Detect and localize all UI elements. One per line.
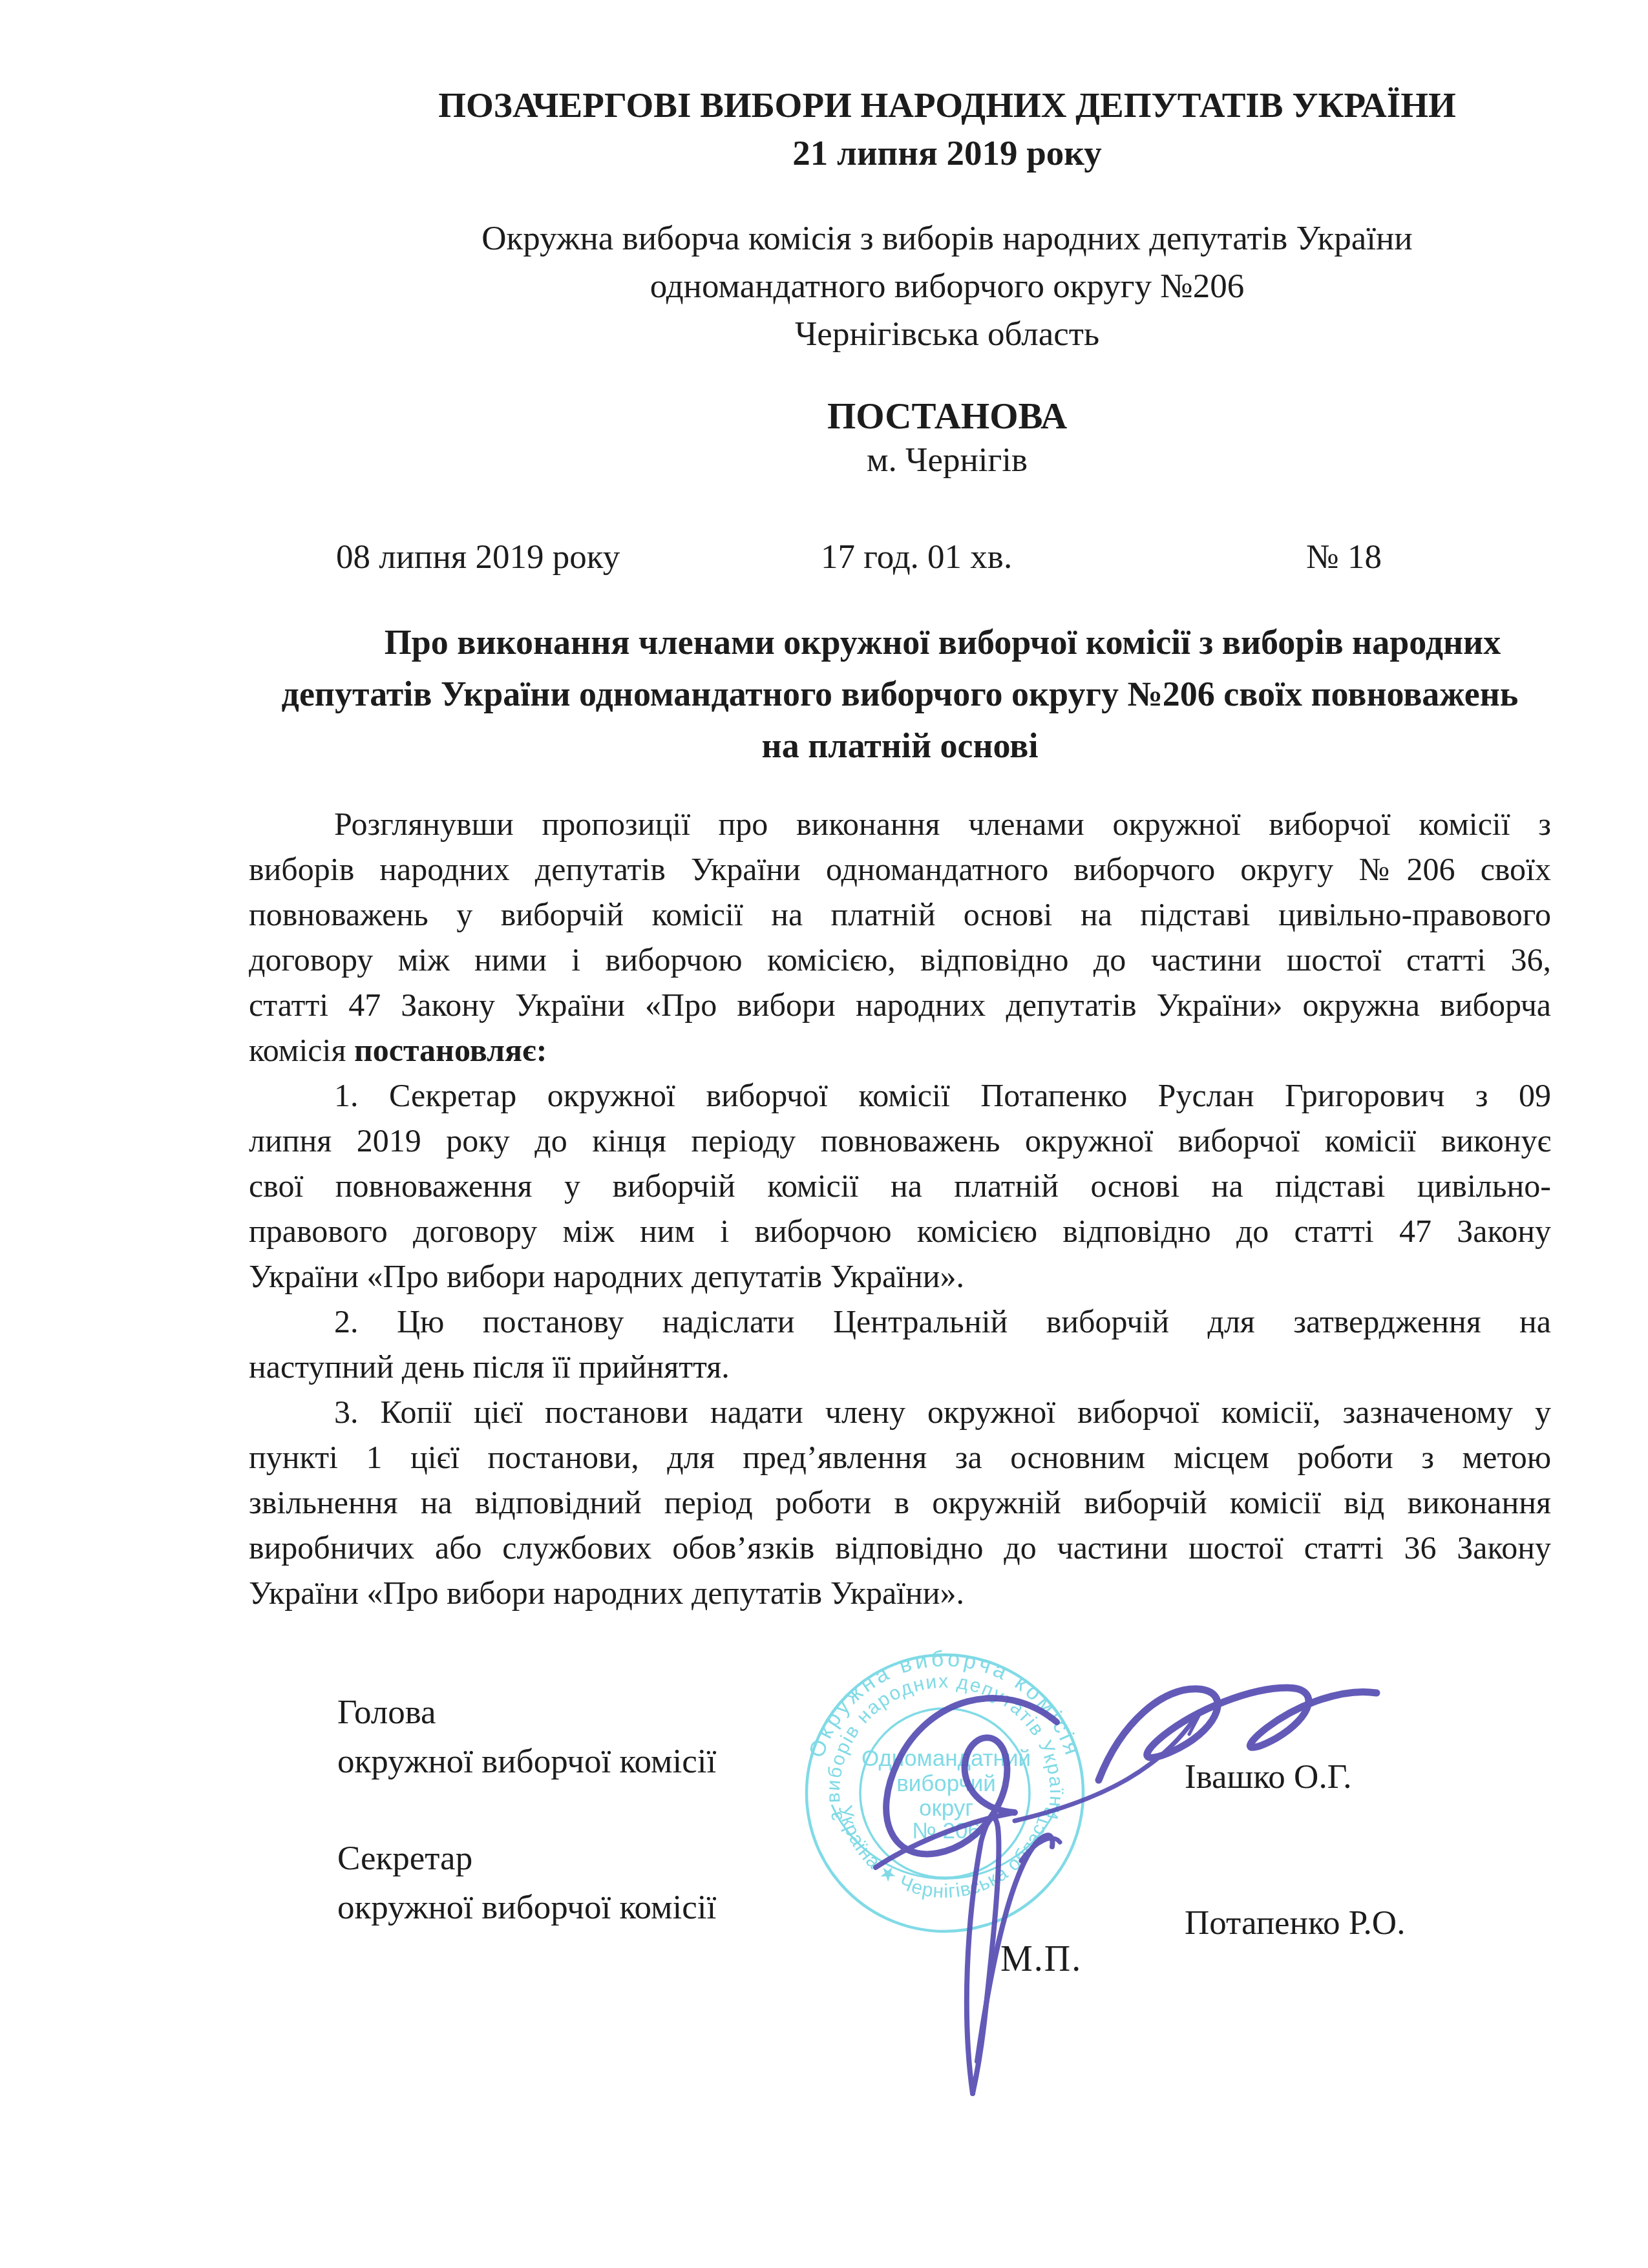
text-line: виборів народних депутатів України одном… [249,846,1551,892]
secretary-role-line1: Секретар [337,1834,716,1883]
chairman-role-line2: окружної виборчої комісії [337,1737,716,1786]
subject-heading: Про виконання членами окружної виборчої … [249,616,1551,772]
document-number: № 18 [1306,538,1382,576]
chairman-signature-ink [876,1688,1377,1867]
text-line: 1. Секретар окружної виборчої комісії По… [249,1073,1551,1118]
text-line: 2. Цю постанову надіслати Центральній ви… [249,1299,1551,1344]
text-line: статті 47 Закону України «Про вибори нар… [249,982,1551,1027]
document-time: 17 год. 01 хв. [821,538,1012,576]
commission-name-line1: Окружна виборча комісія з виборів народн… [296,215,1598,262]
intro-paragraph: Розглянувши пропозиції про виконання чле… [249,801,1551,1073]
commission-name-line2: одномандатного виборчого округу №206 [296,262,1598,310]
secretary-role-line2: окружної виборчої комісії [337,1883,716,1932]
commission-region-line: Чернігівська область [296,310,1598,358]
text-line: свої повноваження у виборчій комісії на … [249,1163,1551,1208]
text-line: повноважень у виборчій комісії на платні… [249,892,1551,937]
text-line: наступний день після її прийняття. [249,1344,1551,1389]
commission-name: Окружна виборча комісія з виборів народн… [296,215,1598,358]
resolves-line: комісія постановляє: [249,1027,1551,1073]
chairman-role-line1: Голова [337,1688,716,1737]
text-line: договору між ними і виборчою комісією, в… [249,937,1551,982]
election-title-line1: ПОЗАЧЕРГОВІ ВИБОРИ НАРОДНИХ ДЕПУТАТІВ УК… [296,81,1598,129]
subject-line: депутатів України одномандатного виборчо… [249,668,1551,720]
item-2-paragraph: 2. Цю постанову надіслати Центральній ви… [249,1299,1551,1389]
chairman-role: Голова окружної виборчої комісії [337,1688,716,1786]
text-line: правового договору між ним і виборчою ко… [249,1208,1551,1254]
text-line: звільнення на відповідний період роботи … [249,1480,1551,1525]
scanned-resolution-page: ПОЗАЧЕРГОВІ ВИБОРИ НАРОДНИХ ДЕПУТАТІВ УК… [0,0,1648,2268]
text-line: липня 2019 року до кінця періоду повнова… [249,1118,1551,1163]
text-line: виробничих або службових обов’язків відп… [249,1525,1551,1570]
text-line: пункті 1 цієї постанови, для пред’явленн… [249,1434,1551,1480]
resolves-line-regular: комісія [249,1032,354,1068]
text-line: України «Про вибори народних депутатів У… [249,1570,1551,1615]
handwritten-signatures [827,1648,1603,2113]
text-line: Розглянувши пропозиції про виконання чле… [249,801,1551,846]
item-1-paragraph: 1. Секретар окружної виборчої комісії По… [249,1073,1551,1299]
text-line: 3. Копії цієї постанови надати члену окр… [249,1389,1551,1434]
subject-line: на платній основі [249,720,1551,772]
resolution-body: Розглянувши пропозиції про виконання чле… [249,801,1551,1615]
document-city: м. Чернігів [296,441,1598,479]
meta-row: 08 липня 2019 року 17 год. 01 хв. № 18 [249,538,1551,584]
document-date: 08 липня 2019 року [336,538,620,576]
text-line: України «Про вибори народних депутатів У… [249,1254,1551,1299]
secretary-role: Секретар окружної виборчої комісії [337,1834,716,1932]
resolves-line-bold: постановляє: [354,1032,547,1068]
election-date-line: 21 липня 2019 року [296,129,1598,177]
election-title: ПОЗАЧЕРГОВІ ВИБОРИ НАРОДНИХ ДЕПУТАТІВ УК… [296,81,1598,177]
secretary-signature-ink [967,1818,1060,2094]
item-3-paragraph: 3. Копії цієї постанови надати члену окр… [249,1389,1551,1615]
document-type-heading: ПОСТАНОВА [296,395,1598,437]
subject-line: Про виконання членами окружної виборчої … [249,616,1551,668]
